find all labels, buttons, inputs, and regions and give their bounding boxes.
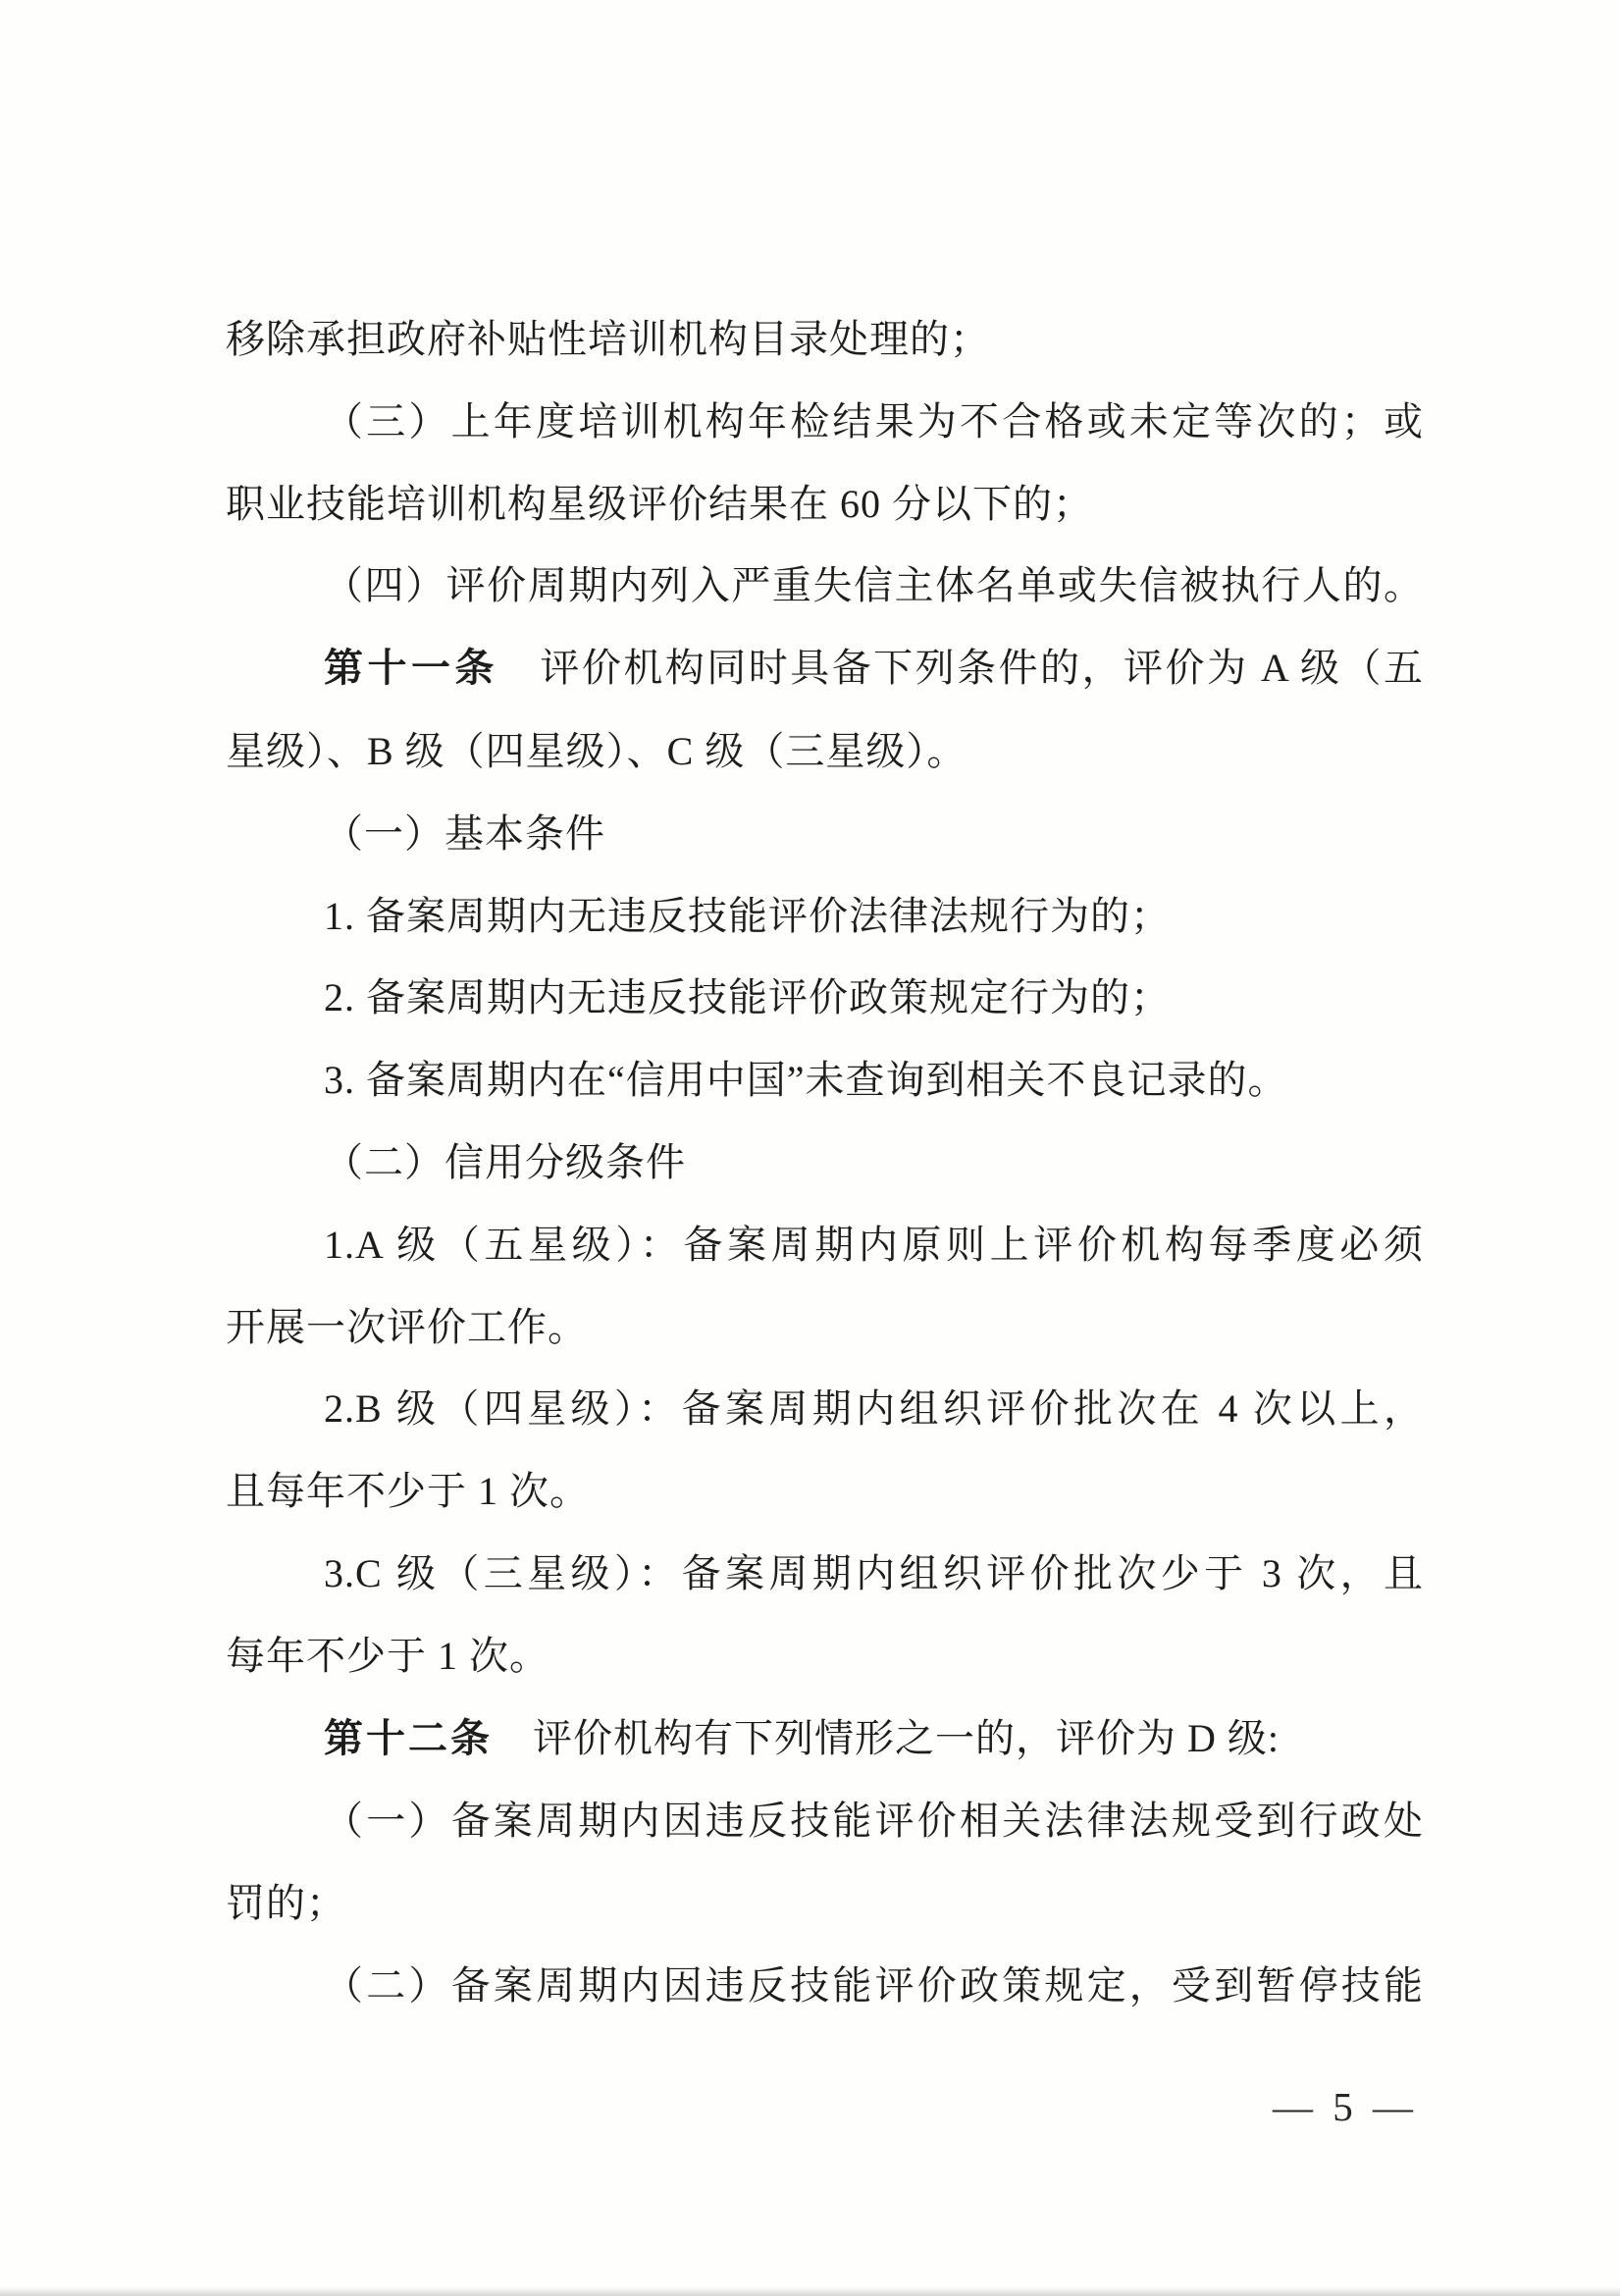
body-text-run: 每年不少于 1 次。: [226, 1634, 549, 1678]
text-line: （三）上年度培训机构年检结果为不合格或未定等次的；或: [226, 381, 1424, 463]
text-line: 第十二条 评价机构有下列情形之一的，评价为 D 级:: [226, 1697, 1424, 1781]
body-text-run: 星级）、B 级（四星级）、C 级（三星级）。: [226, 729, 967, 773]
scan-edge-artifact: [0, 2287, 1620, 2296]
text-line: 星级）、B 级（四星级）、C 级（三星级）。: [226, 710, 1424, 793]
body-text-run: 3. 备案周期内在“信用中国”未查询到相关不良记录的。: [324, 1058, 1288, 1102]
body-text-run: 罚的；: [226, 1881, 346, 1925]
text-line: 第十一条 评价机构同时具备下列条件的，评价为 A 级（五: [226, 627, 1424, 710]
body-text-run: （三）上年度培训机构年检结果为不合格或未定等次的；或: [324, 399, 1424, 444]
body-text-run: 职业技能培训机构星级评价结果在 60 分以下的；: [226, 482, 1093, 526]
body-text-run: 3.C 级（三星级）：备案周期内组织评价批次少于 3 次，且: [324, 1551, 1424, 1595]
document-page: 移除承担政府补贴性培训机构目录处理的；（三）上年度培训机构年检结果为不合格或未定…: [0, 0, 1620, 2296]
text-line: （二）备案周期内因违反技能评价政策规定，受到暂停技能: [226, 1945, 1424, 2027]
text-line: 职业技能培训机构星级评价结果在 60 分以下的；: [226, 463, 1424, 546]
body-text-run: （四）评价周期内列入严重失信主体名单或失信被执行人的。: [324, 563, 1424, 607]
body-text-run: 2.B 级（四星级）：备案周期内组织评价批次在 4 次以上，: [324, 1386, 1424, 1431]
text-line: （一）备案周期内因违反技能评价相关法律法规受到行政处: [226, 1780, 1424, 1862]
document-body: 移除承担政府补贴性培训机构目录处理的；（三）上年度培训机构年检结果为不合格或未定…: [226, 298, 1424, 2027]
page-number: — 5 —: [1273, 2082, 1418, 2131]
body-text-run: （一）基本条件: [324, 811, 605, 856]
text-line: 且每年不少于 1 次。: [226, 1450, 1424, 1533]
body-text-run: （一）备案周期内因违反技能评价相关法律法规受到行政处: [324, 1799, 1424, 1843]
text-line: 2.B 级（四星级）：备案周期内组织评价批次在 4 次以上，: [226, 1368, 1424, 1450]
body-text-run: 且每年不少于 1 次。: [226, 1469, 590, 1513]
text-line: （四）评价周期内列入严重失信主体名单或失信被执行人的。: [226, 545, 1424, 627]
body-text-run: 评价机构同时具备下列条件的，评价为 A 级（五: [498, 646, 1424, 690]
text-line: 2. 备案周期内无违反技能评价政策规定行为的；: [226, 957, 1424, 1039]
text-line: 开展一次评价工作。: [226, 1286, 1424, 1369]
body-text-run: 开展一次评价工作。: [226, 1305, 588, 1349]
body-text-run: （二）信用分级条件: [324, 1140, 686, 1184]
article-heading-text: 第十二条: [324, 1717, 493, 1760]
body-text-run: 移除承担政府补贴性培训机构目录处理的；: [226, 317, 990, 361]
body-text-run: 1.A 级（五星级）：备案周期内原则上评价机构每季度必须: [324, 1223, 1424, 1267]
body-text-run: 1. 备案周期内无违反技能评价法律法规行为的；: [324, 894, 1171, 938]
text-line: 移除承担政府补贴性培训机构目录处理的；: [226, 298, 1424, 381]
text-line: （一）基本条件: [226, 793, 1424, 875]
text-line: 罚的；: [226, 1862, 1424, 1945]
text-line: 每年不少于 1 次。: [226, 1615, 1424, 1697]
text-line: 3.C 级（三星级）：备案周期内组织评价批次少于 3 次，且: [226, 1533, 1424, 1615]
text-line: 1.A 级（五星级）：备案周期内原则上评价机构每季度必须: [226, 1204, 1424, 1286]
text-line: 1. 备案周期内无违反技能评价法律法规行为的；: [226, 875, 1424, 958]
text-line: （二）信用分级条件: [226, 1122, 1424, 1204]
body-text-run: （二）备案周期内因违反技能评价政策规定，受到暂停技能: [324, 1963, 1424, 2008]
body-text-run: 2. 备案周期内无违反技能评价政策规定行为的；: [324, 975, 1171, 1019]
body-text-run: 评价机构有下列情形之一的，评价为 D 级:: [493, 1716, 1280, 1760]
article-heading-text: 第十一条: [324, 647, 498, 690]
text-line: 3. 备案周期内在“信用中国”未查询到相关不良记录的。: [226, 1039, 1424, 1122]
